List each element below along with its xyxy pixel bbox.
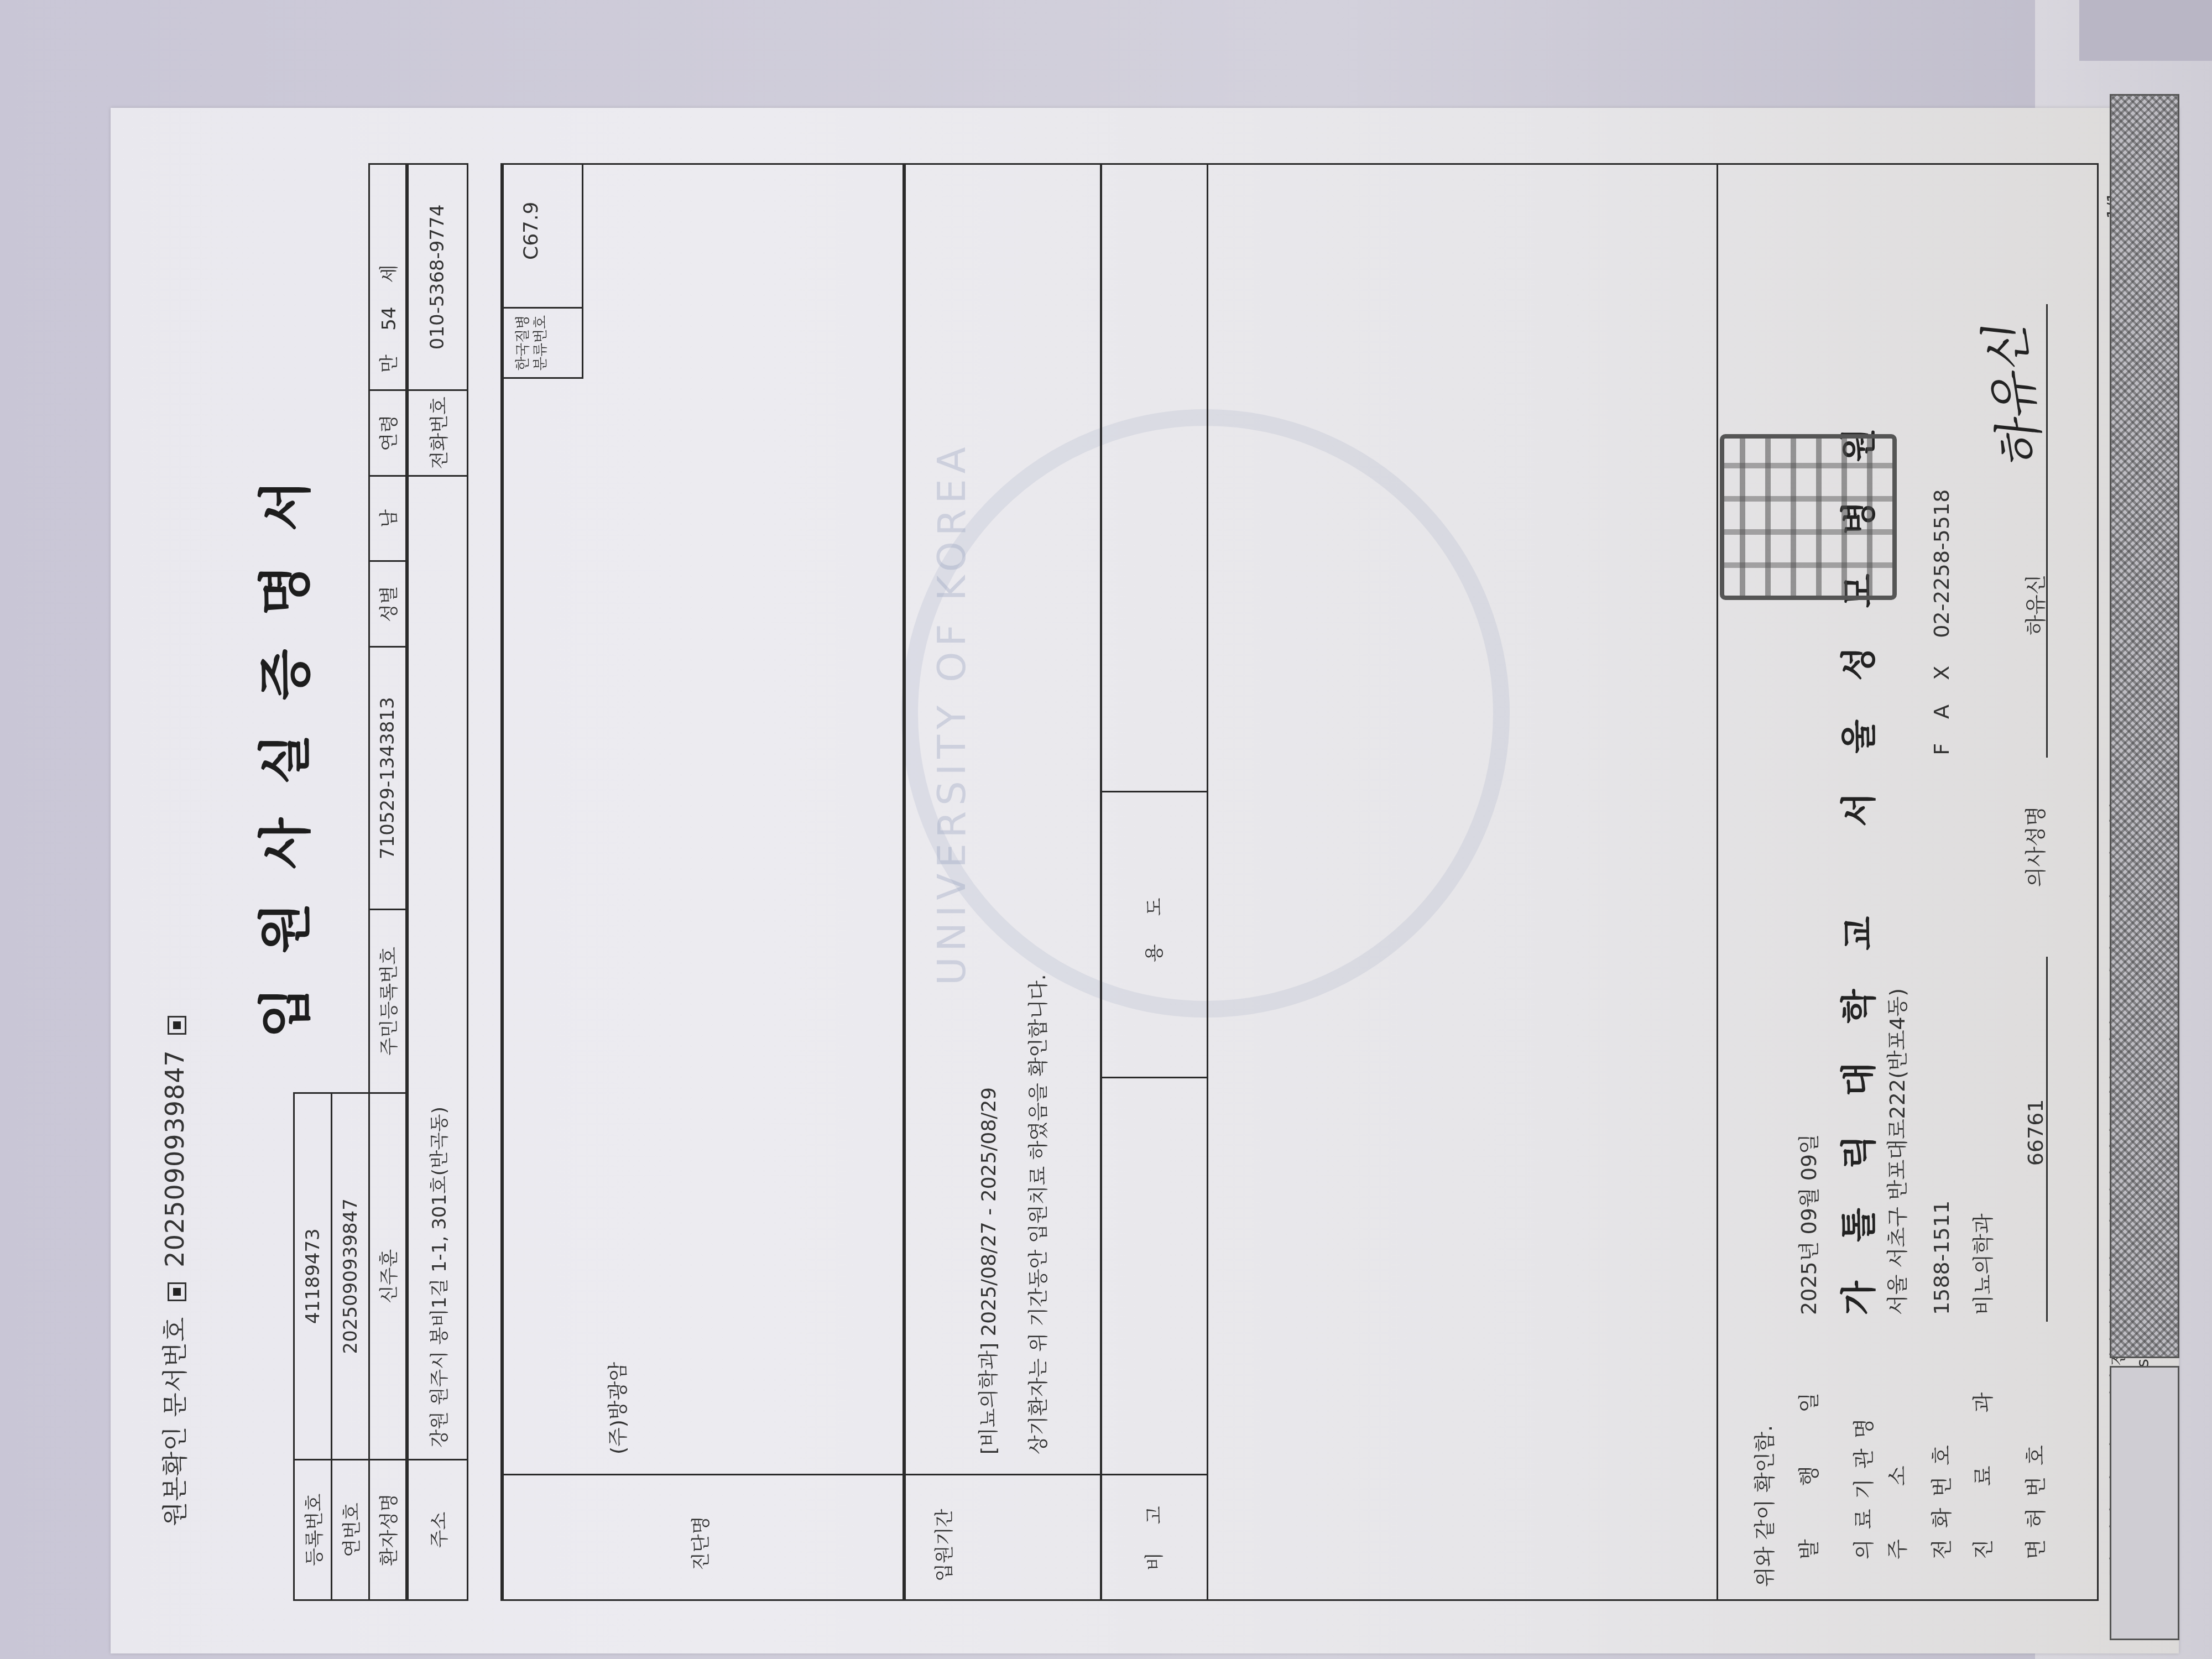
rrn-label: 주민등록번호 xyxy=(369,910,407,1093)
patient-info-table: 등록번호 41189473 연번호 2025090939847 환자성명 신주훈… xyxy=(293,163,468,1601)
verification-number: 원본확인 문서번호 2025090939847 xyxy=(155,1009,191,1526)
age-label: 연령 xyxy=(369,390,407,476)
institution-label: 의료기관명 xyxy=(1846,1322,1877,1559)
department-value: 비뇨의학과 xyxy=(1971,1213,1995,1315)
age-prefix: 만 xyxy=(378,354,400,373)
diagnosis-section xyxy=(500,163,904,1601)
fax-label: F A X xyxy=(1929,645,1954,755)
license-row: 면허번호 66761 의사성명 하유신 xyxy=(2018,467,2049,1559)
diagnosis-value: (주)방광암 xyxy=(603,1362,631,1454)
issue-date-label: 발 행 일 xyxy=(1792,1322,1822,1559)
issue-date-value: 2025년 09월 09일 xyxy=(1797,1134,1821,1315)
address-label: 주소 xyxy=(407,1459,468,1600)
sex-value: 남 xyxy=(369,476,407,561)
verify-label: 원본확인 문서번호 xyxy=(160,1317,190,1526)
remarks-label: 비 고 xyxy=(1139,1495,1166,1571)
checkbox-square-icon xyxy=(168,1016,186,1035)
checkbox-square-icon xyxy=(168,1282,186,1301)
hospital-address-row: 주 소 서울 서초구 반포대로222(반포4동) xyxy=(1880,988,1911,1559)
reg-no-label: 등록번호 xyxy=(294,1459,332,1600)
confirm-text: 위와 같이 확인함. xyxy=(1747,1425,1778,1587)
serial-label: 연번호 xyxy=(332,1459,369,1600)
hospital-address-label: 주 소 xyxy=(1880,1322,1911,1559)
age-number: 54 xyxy=(378,307,400,331)
sex-label: 성별 xyxy=(369,561,407,647)
kcd-value: C67.9 xyxy=(520,202,542,260)
blank-area xyxy=(1207,163,1718,1601)
security-pattern-stub xyxy=(2110,1366,2179,1640)
rrn-value: 710529-1343813 xyxy=(369,647,407,910)
purpose-label: 용 도 xyxy=(1139,887,1166,963)
phone-value: 010-5368-9774 xyxy=(407,164,468,390)
phone-label: 전화번호 xyxy=(407,390,468,476)
department-row: 진 료 과 비뇨의학과 xyxy=(1966,1213,1996,1559)
admission-label: 입원기간 xyxy=(929,1509,956,1582)
department-label: 진 료 과 xyxy=(1966,1322,1996,1559)
diagnosis-label: 진단명 xyxy=(686,1516,713,1571)
issue-date-row: 발 행 일 2025년 09월 09일 xyxy=(1792,1134,1822,1559)
hospital-phone-label: 전화번호 xyxy=(1924,1322,1955,1559)
hospital-address-value: 서울 서초구 반포대로222(반포4동) xyxy=(1885,988,1910,1315)
license-value: 66761 xyxy=(2023,950,2048,1315)
doctor-label: 의사성명 xyxy=(2018,750,2049,943)
doctor-name: 하유신 xyxy=(2018,467,2049,743)
name-label: 환자성명 xyxy=(369,1459,407,1600)
fax-value: 02-2258-5518 xyxy=(1929,489,1954,638)
age-value: 만 54 세 xyxy=(369,164,407,390)
hospital-seal-stamp xyxy=(1720,434,1897,600)
reg-no-value: 41189473 xyxy=(294,1093,332,1459)
security-pattern-band xyxy=(2110,94,2179,1358)
name-value: 신주훈 xyxy=(369,1093,407,1459)
admission-period: [비뇨의학과] 2025/08/27 - 2025/08/29 xyxy=(973,1087,1001,1454)
admission-section xyxy=(902,163,1102,1601)
hospital-phone-value: 1588-1511 xyxy=(1929,762,1954,1315)
license-underline xyxy=(2046,957,2048,1322)
background-sheet-edge xyxy=(2079,0,2212,61)
certificate-page: 원본확인 문서번호 2025090939847 입원사실증명서 UNIVERSI… xyxy=(111,108,2179,1653)
verify-number: 2025090939847 xyxy=(160,1050,190,1267)
kcd-label: 한국질병 분류번호 xyxy=(514,310,550,376)
doctor-underline xyxy=(2046,304,2048,758)
hospital-phone-row: 전화번호 1588-1511 F A X 02-2258-5518 xyxy=(1924,489,1955,1559)
address-value: 강원 원주시 봉비1길 1-1, 301호(반곡동) xyxy=(407,476,468,1459)
age-suffix: 세 xyxy=(378,264,400,283)
license-label: 면허번호 xyxy=(2018,1322,2049,1559)
admission-statement: 상기환자는 위 기간동안 입원치료 하였음을 확인합니다. xyxy=(1023,974,1051,1454)
serial-value: 2025090939847 xyxy=(332,1093,369,1459)
